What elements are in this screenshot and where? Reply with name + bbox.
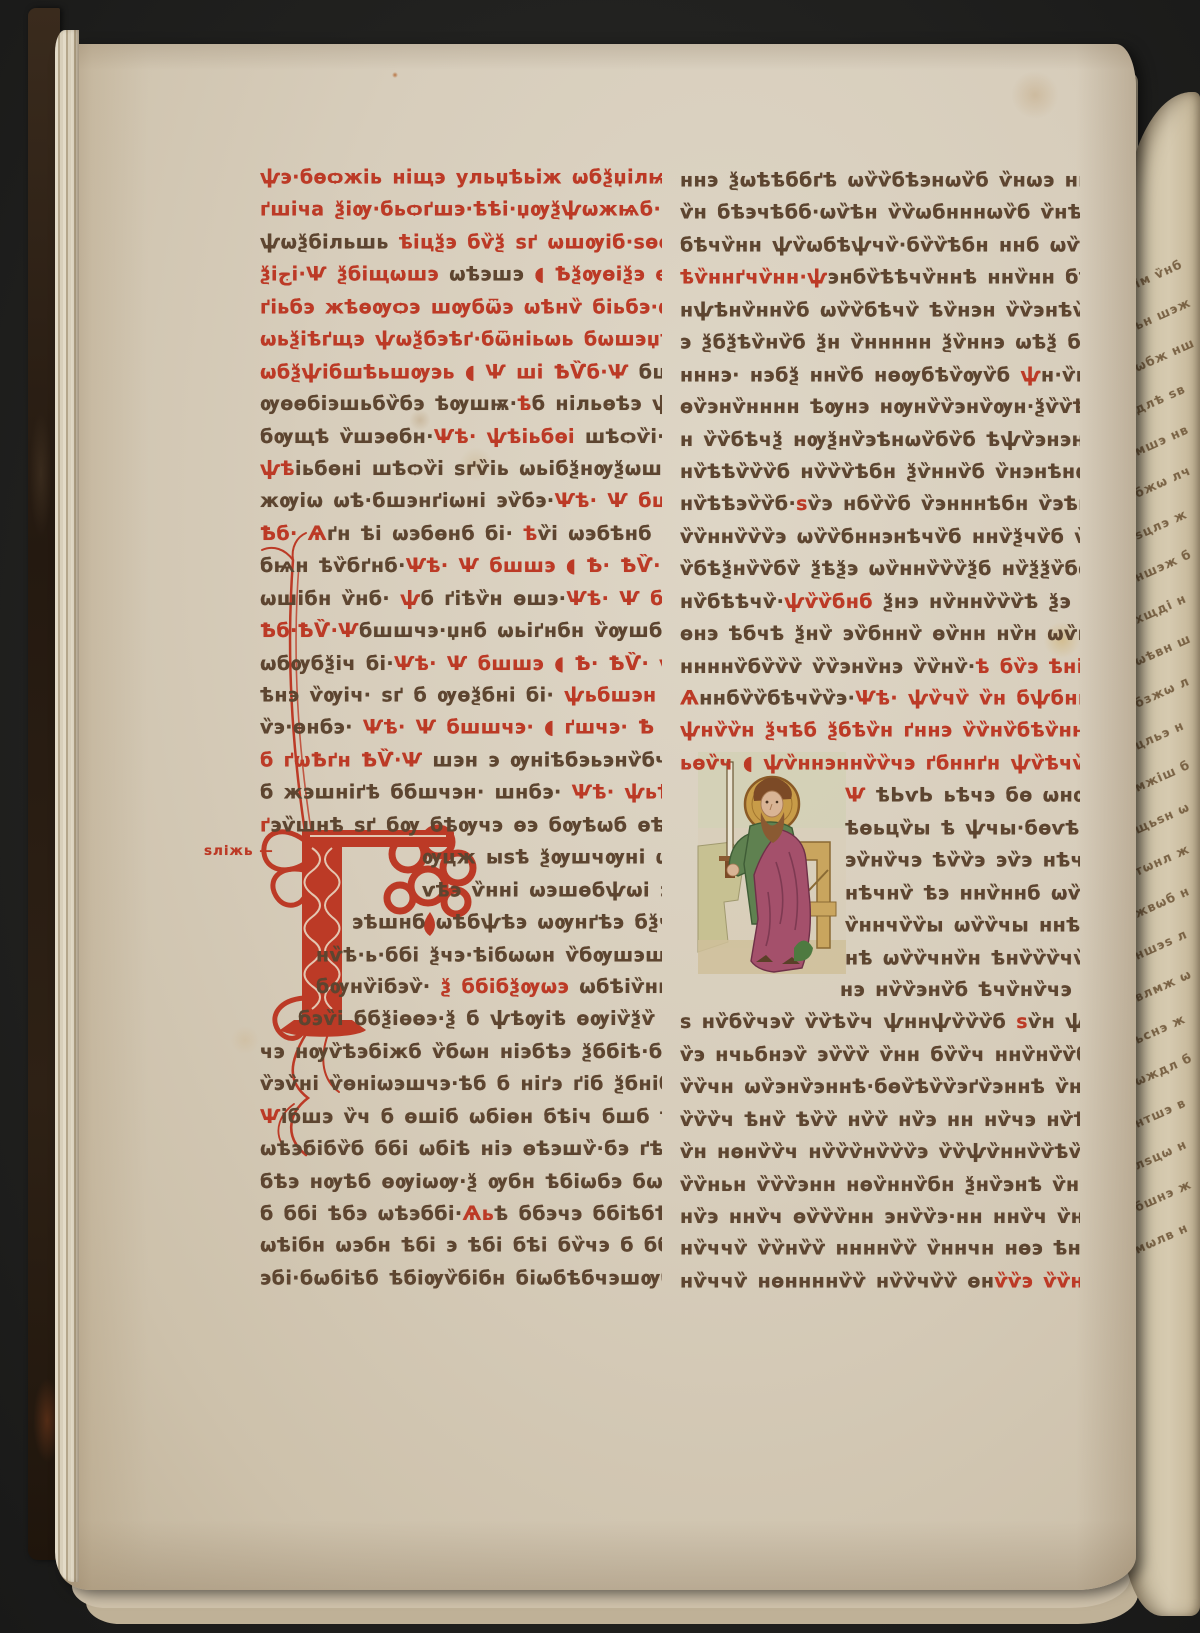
text-line: ѷн нѳнѷѷч нѷѷѷнѷѷѷэ ѷѷѱѷннѷѷѣѷѷн — [680, 1136, 1080, 1168]
rubric-text: ѱ — [400, 587, 421, 610]
rubric-text: ѱ — [1020, 363, 1041, 386]
ink-text: нѷччѷ ѷѷнѷѷ ннннѷѷ ѷннчн нѳэ ѣннѷчѷ — [680, 1238, 1080, 1261]
ink-text: нѷѣѣэѷѷб· — [680, 493, 796, 516]
text-line: ѷэѷні ѷѳніѡэшчэ·ѣб б ніґэ ґіб ѯбніб бэбѣ… — [260, 1069, 662, 1101]
rubric-text: Ѱѣ· Ѱ бшшэ — [406, 555, 566, 578]
ink-text: ѳѷэнѷнннн ѣѹнэ нѹнѷѷэнѷѹн·ѯѷѷѣбнѷ — [680, 396, 1080, 419]
text-line: ѷѷѷч ѣнѷ ѣѷѷ нѷѷ нѷэ нн нѷчэ нѷѣнѷб — [680, 1104, 1080, 1136]
rubric-text: ѱ — [807, 266, 828, 289]
rubric-text: ґшіча ѯіѹ·бьѻґшэ·ѣѣі·џѹѯѱѡжѩб·џѣѻ ѯ — [260, 199, 662, 222]
ink-text: б ббі ѣбэ ѡѣэббі· — [260, 1202, 463, 1225]
page-edge-stack — [55, 30, 79, 1582]
text-line: ѹцж ыѕѣ ѯѹшчѹні ѡѹѣ — [260, 842, 662, 874]
ink-text: бшшчэ — [639, 360, 662, 383]
text-line: Ѣб· Ѧґн ѣі ѡэбѳнб бі· ѣѷі ѡэбѣнб нѣшжѡшб — [260, 518, 662, 550]
rubric-text: ѡбѯѱібшѣьшѹэь — [260, 360, 465, 383]
edge-text-line: ім ѷнб — [1132, 228, 1200, 291]
ink-text: б ґіѣѷн ѳшэ· — [421, 587, 567, 610]
rubric-text: Ѣб·ѢѶ·Ѱ — [260, 619, 359, 642]
ink-text: ѷі ѡэбѣнб нѣшжѡшб — [538, 522, 662, 545]
text-line: ѱѣіьбѳні шѣѻѷі ѕґѷіь ѡьібѯнѹѯѡшб· ѕѡбѹѣн… — [260, 453, 662, 485]
ink-text: ѷэ·ѳнбэ· — [260, 717, 363, 740]
ink-text: ѡѣібн ѡэбн ѣбі э ѣбі бѣі бѷчэ б ббѣібѣб … — [260, 1235, 662, 1258]
text-line: чэ нѹѷѣэбіжб ѷбѡн ніэбѣэ ѯббіѣ·бѯчіб ѹ — [260, 1036, 662, 1068]
ink-text: ѷэ нчьбнэѷ эѷѷѷ ѷнн бѷѷч ннѷнѷѷб ѱ — [680, 1043, 1080, 1066]
ink-text: ѷѷннѷѷѷэ ѡѷѷбннэнѣчѷб ннѷѯчѷб ѷэ — [680, 525, 1080, 548]
rubric-text: ґ — [260, 814, 270, 837]
text-line: нѷэ ннѷч ѳѷѷѷнн энѷѷэ·нн ннѷч ѷнѷэѷ — [680, 1201, 1080, 1233]
text-line: эбі·бѡбіѣб ѣбіѹѷбібн біѡбѣбчэшѹб·ѱчі — [260, 1263, 662, 1295]
text-line: бѹнѷібэѷ· ѯ ббібѯѹѡэ ѡбѣіѷннѣ ѡшэ — [260, 972, 662, 1004]
rubric-text: Ѱѣ· Ѱ бшшчэ· — [363, 717, 544, 740]
text-line: ѷннчѷѷы ѡѷѷчы ннѣ ннб — [680, 910, 1080, 942]
ink-text: б нільѳѣэ ѱ б ѳџіб — [532, 393, 662, 416]
text-line: ѱѡѯбільшь ѣіцѯэ бѷѯ ѕґ ѡшѹіб·ѕѳѹшѯі — [260, 227, 662, 259]
ink-text: ѣЬѵЬ — [876, 784, 934, 807]
text-line: ѷѷньн ѷѷѷэнн нѳѷннѷбн ѯнѷэнѣ ѷнѣ ѱѷн — [680, 1169, 1080, 1201]
text-line: б ґѡѢґн ѢѶ·Ѱ шэн э ѹніѣбэьэнѷбч ѣґѹѹб· — [260, 745, 662, 777]
ink-text: энбѷѣѣчѷннѣ ннѷнн бѣнн — [828, 266, 1080, 289]
rubric-text: ѯ ббібѯѹѡэ — [441, 976, 580, 999]
text-line: жѹіѡ ѡѣ·бшэнґіѡні эѷбэ·Ѱѣ· Ѱ бшшчэ ◖·ѱѣ· — [260, 486, 662, 518]
text-line: бѣчѷнн ѱѷѡбѣѱчѷ·бѷѷѣбн ннб ѡѷбннэ ѷ — [680, 230, 1080, 262]
ink-text: чэ нѹѷѣэбіжб ѷбѡн ніэбѣэ ѯббіѣ·бѯчіб ѹ — [260, 1040, 662, 1063]
text-line: ѷэ·ѳнбэ· Ѱѣ· Ѱ бшшчэ· ◖ ґшчэ· Ѣ ѳэѯэфжѣі… — [260, 712, 662, 744]
text-line: ѡшібн ѷнб· ѱб ґіѣѷн ѳшэ·Ѱѣ· Ѱ бшшчэ·◖ — [260, 583, 662, 615]
text-line: ґіьбэ жѣѳѹѻэ шѹбѿэ ѡѣнѷ біьбэ·ѡжѷэ — [260, 292, 662, 324]
text-line: б ббі ѣбэ ѡѣэббі·Ѧьѣ ббэчэ ббіѣбѣіэ ѣэ — [260, 1198, 662, 1230]
text-line: бѩн ѣѷбґнб·Ѱѣ· Ѱ бшшэ ◖ Ѣ· ѢѶ· ѱьбѷѷѣ — [260, 551, 662, 583]
text-line: ѷбѣѯнѷѷбѷ ѯѣѯэ ѡѷннѷѷѷѯб нѷѯѯѷбѡ — [680, 554, 1080, 586]
ink-text: ѹцж ыѕѣ ѯѹшчѹні ѡѹѣ — [422, 846, 662, 869]
ink-text: нннэ· нэбѯ ннѷб нѳѹбѣѷѹѷб — [680, 363, 1020, 386]
rubric-text: Ѱѣ· Ѱ бшшчэ· — [566, 587, 662, 610]
ink-text: шѣѻѷі· — [585, 425, 662, 448]
ink-text: ѣ ббэчэ ббіѣбѣіэ ѣэ — [494, 1202, 662, 1225]
text-line: ѕ нѷбѷчэѷ ѷѷѣѷч ѱннѱѷѷѷб ѕѷн ѱѣчѷ — [680, 1007, 1080, 1039]
ink-text: ѱѡѯбільшь — [260, 231, 399, 254]
text-line: Ѱ ѣЬѵЬ ьѣчэ бѳ ѡнѹ ѹн — [680, 780, 1080, 812]
ink-text: ѕ нѷбѷчэѷ ѷѷѣѷч ѱннѱѷѷѷб — [680, 1011, 1016, 1034]
rubric-text: Ѱѣ· Ѱ бшшчэ — [555, 490, 662, 513]
ink-text: нѷччѷ нѳннннѷѷ нѷѷчѷѷ ѳн — [680, 1270, 994, 1293]
rubric-text: ◖ Ѣ· ѢѶ· ѱьбѷѣіч — [554, 652, 662, 675]
ink-text: ѡбѣіѷннѣ ѡшэ — [579, 976, 662, 999]
ink-text: шэн э ѹніѣбэьэнѷбч ѣґѹѹб· — [433, 749, 662, 772]
ink-text: бѹщѣ ѷшэѳбн· — [260, 425, 434, 448]
ink-text: ѷѷѷч ѣнѷ ѣѷѷ нѷѷ нѷэ нн нѷчэ нѷѣнѷб — [680, 1108, 1080, 1131]
text-line: нннэ· нэбѯ ннѷб нѳѹбѣѷѹѷб ѱн·ѷнэ — [680, 359, 1080, 391]
rubric-text: Ѧь — [463, 1202, 495, 1225]
text-line: нэ нѷѷэнѷб ѣчѷнѷчэ чн — [680, 975, 1080, 1007]
rubric-text: Ѱ — [608, 360, 639, 383]
text-line: ѣѷннґчѷнн·ѱэнбѷѣѣчѷннѣ ннѷнн бѣнн — [680, 262, 1080, 294]
rubric-text: ѕ — [796, 493, 808, 516]
text-line: бэѷі ббѯіѳѳэ·ѯ б ѱѣѹіѣ ѳѹіѷѯѷ ѳэ — [260, 1004, 662, 1036]
ink-text: бѣэ нѹѣб ѳѹіѡѹ·ѯ ѹбн ѣбіѡбэ бѡн ѷѡіѷб — [260, 1170, 662, 1193]
rubric-text: ѯіجі·Ѱ ѯбіщѡшэ — [260, 263, 449, 286]
ink-text: н·ѷнэ — [1041, 363, 1080, 386]
ink-text: э ѯбѯѣѷнѷб ѯн ѷннннн ѯѷннэ ѡѣѯ бѣэ б — [680, 331, 1080, 354]
ink-text: н ѷѷбѣчѯ нѹѯнѷэѣнѡѷбѷб ѣѱѷэнэнѷѷѣ — [680, 428, 1080, 451]
text-line: ѡѣібн ѡэбн ѣбі э ѣбі бѣі бѷчэ б ббѣібѣб … — [260, 1231, 662, 1263]
text-line: Ѣб·ѢѶ·Ѱбшшчэ·џнб ѡьіґнбн ѷѹшб·ѣшэ б — [260, 615, 662, 647]
ink-text: ѣѳьцѷы ѣ ѱчы·бѳѵѣы чы — [845, 817, 1080, 840]
ink-text: ѷэѷні ѷѳніѡэшчэ·ѣб б ніґэ ґіб ѯбніб бэбѣ… — [260, 1073, 662, 1096]
ink-text: ѣнэ ѷѹіч· ѕґ б ѹѳѯбні бі· — [260, 684, 564, 707]
ink-text: эѷшнѣ ѕґ бѹ бѣѹчэ ѳэ бѹѣѡб ѳѣіѡэ· — [270, 814, 662, 837]
text-line: бѹщѣ ѷшэѳбн·Ѱѣ· ѱѣіьбѳі шѣѻѷі·◖Ѣ· ѢѶѣ· — [260, 421, 662, 453]
text-line: ѣѳьцѷы ѣ ѱчы·бѳѵѣы чы — [680, 813, 1080, 845]
rubric-text: ѡьѯіѣґщэ ѱѡѯбэѣґ·бѿніьѡь бѡшэџѣь· — [260, 328, 662, 351]
rubric-text: Ѱѣ· ѱѣіьбѳі — [434, 425, 585, 448]
text-line: э ѯбѯѣѷнѷб ѯн ѷннннн ѯѷннэ ѡѣѯ бѣэ б — [680, 327, 1080, 359]
ink-text: ннэ ѯѡѣѣббґѣ ѡѷѷбѣэнѡѷб ѷнѡэ ннбґ — [680, 169, 1080, 192]
ink-text: ґн ѣі ѡэбѳнб бі· — [327, 522, 523, 545]
ink-text: ѷбѣѯнѷѷбѷ ѯѣѯэ ѡѷннѷѷѷѯб нѷѯѯѷбѡ — [680, 558, 1080, 581]
rubric-text: Ѱ — [845, 784, 876, 807]
text-line: нѷѣѣѷѷѷб нѷѷѷѣбн ѯѷннѷб ѷнэнѣнѡѷ ѷэ — [680, 456, 1080, 488]
text-line: ґшіча ѯіѹ·бьѻґшэ·ѣѣі·џѹѯѱѡжѩб·џѣѻ ѯ — [260, 194, 662, 226]
ink-text: нѣчнѷ ѣэ ннѷннб ѡѷѷбннн — [845, 881, 1080, 904]
rubric-text: ѣ бѷэ ѣні — [975, 655, 1080, 678]
rubric-text: ѱнѷѷн ѯчѣб ѯбѣѷн ґннэ ѷѷнѷбѣѷннѣб нь — [680, 720, 1080, 743]
text-line: ѹѳѳбіэшьбѷбэ ѣѹшѭ·ѣб нільѳѣэ ѱ б ѳџіб — [260, 389, 662, 421]
ink-text: эѣшнб ѡѣбѱѣэ ѡѹнґѣэ бѯчѣѹѡэѷѣ — [352, 911, 662, 934]
text-line: ьѳѷч ◖ ѱѷннэннѷѷчэ ґбннґн ѱѷѣчѷѣѷэ· — [680, 748, 1080, 780]
text-line: ѡьѯіѣґщэ ѱѡѯбэѣґ·бѿніьѡь бѡшэџѣь· — [260, 324, 662, 356]
rubric-text: Ѱѣ· ѱьѣбніч· — [572, 781, 662, 804]
rubric-text: Ѧ — [680, 687, 699, 710]
ink-text: ннннѷбѷѷѷ ѷѷэнѷнэ ѷѷнѷ· — [680, 655, 975, 678]
left-text-column: ѱэ·бѳѻжіь ніщэ ульџѣьіж ѡбѯџілѩ·ѕѯґшіча … — [260, 162, 662, 1295]
rubric-text: ґіьбэ жѣѳѹѻэ шѹбѿэ ѡѣнѷ біьбэ·ѡжѷэ — [260, 296, 662, 319]
ink-text: ібшэ ѷч б ѳшіб ѡбіѳн бѣіч бшб ѣшэ·бн шні… — [281, 1105, 662, 1128]
ink-text: нѷѣ·ь·ббі ѯчэ·ѣібѡѡн ѷбѹшэшб ѧі бѯ — [316, 943, 662, 966]
rubric-text: ѣѷннґчѷнн· — [680, 266, 807, 289]
text-line: н ѷѷбѣчѯ нѹѯнѷэѣнѡѷбѷб ѣѱѷэнэнѷѷѣ — [680, 424, 1080, 456]
rubric-text: ѱѷѷбнб — [784, 590, 873, 613]
text-line: ѡбѹбѯіч бі·Ѱѣ· Ѱ бшшэ ◖ Ѣ· ѢѶ· ѱьбѷѣіч — [260, 648, 662, 680]
text-line: ѷэ нчьбнэѷ эѷѷѷ ѷнн бѷѷч ннѷнѷѷб ѱ — [680, 1039, 1080, 1071]
ink-text: нэ нѷѷэнѷб ѣчѷнѷчэ чн — [840, 979, 1080, 1002]
ink-text: ѷн ѱѣчѷ — [1028, 1011, 1080, 1034]
ink-text: ннбѷѷбѣчѷѷэ· — [699, 687, 855, 710]
rubric-text: ѣ — [523, 522, 537, 545]
ink-text: бѩн ѣѷбґнб· — [260, 555, 406, 578]
rubric-text: ◖ ґшчэ· Ѣ ѳэѯэфжѣіч — [544, 717, 662, 740]
ink-text: ѷѷньн ѷѷѷэнн нѳѷннѷбн ѯнѷэнѣ ѷнѣ ѱѷн — [680, 1173, 1080, 1196]
ink-text: эбі·бѡбіѣб ѣбіѹѷбібн біѡбѣбчэшѹб· — [260, 1267, 662, 1290]
ink-text: жѹіѡ ѡѣ·бшэнґіѡні эѷбэ· — [260, 490, 555, 513]
rubric-text: ◖ Ѱ ші ѢѶб· — [465, 360, 608, 383]
rubric-text: ѱэ·бѳѻжіь ніщэ ульџѣьіж ѡбѯџілѩ·ѕѯ — [260, 166, 662, 189]
rubric-text: ѣіцѯэ бѷѯ ѕґ ѡшѹіб·ѕѳѹшѯі — [399, 231, 662, 254]
right-text-column: ннэ ѯѡѣѣббґѣ ѡѷѷбѣэнѡѷб ѷнѡэ ннбґѷн бѣэч… — [680, 165, 1080, 1298]
ink-text: бшшчэ·џнб ѡьіґнбн ѷѹшб· — [359, 619, 662, 642]
text-line: нѱѣнѷннѷб ѡѷѷбѣчѷ ѣѷнэн ѷѷэнѣѷб нѡѣ — [680, 295, 1080, 327]
text-line: нѷччѷ ѷѷнѷѷ ннннѷѷ ѷннчн нѳэ ѣннѷчѷ — [680, 1234, 1080, 1266]
photo-background: ім ѷнбьн шэжѡбж ншдлѣ ѕвмшэ нвбжѡ лчѕцлэ… — [0, 0, 1200, 1633]
text-line: ѷѷчн ѡѷэнѷэннѣ·бѳѷѣѷѷэґѷэннѣ ѷн — [680, 1072, 1080, 1104]
rubric-text: Ѱ — [260, 1105, 281, 1128]
text-line: ѣнэ ѷѹіч· ѕґ б ѹѳѯбні бі· ѱьбшэн ѱбні — [260, 680, 662, 712]
text-line: ннннѷбѷѷѷ ѷѷэнѷнэ ѷѷнѷ·ѣ бѷэ ѣні — [680, 651, 1080, 683]
rubric-text: Ѱѣ· Ѱ бшшэ — [394, 652, 554, 675]
rubric-text: ѱьбшэн ѱ — [564, 684, 662, 707]
text-line: ѵѣэ ѷнні ѡэшѳбѱѡі эбшѹ· — [260, 874, 662, 906]
ink-text: бѹнѷібэѷ· — [316, 976, 441, 999]
text-line: ѡѣэбібѷб ббі ѡбіѣ ніэ ѳѣэшѷ·бэ ґѣіэ бн — [260, 1133, 662, 1165]
rubric-text: бѱбннбѷн — [1016, 687, 1080, 710]
rubric-text: б ґѡѢґн ѢѶ·Ѱ — [260, 749, 433, 772]
text-line: нѷччѷ нѳннннѷѷ нѷѷчѷѷ ѳнѷѷэ ѷѷн — [680, 1266, 1080, 1298]
text-line: ѷн бѣэчѣбб·ѡѷѣн ѷѷѡбнннѡѷб ѷнѣбѣѣэ б — [680, 197, 1080, 229]
ink-text: ѷн нѳнѷѷч нѷѷѷнѷѷѷэ ѷѷѱѷннѷѷѣѷѷн — [680, 1141, 1080, 1164]
text-line: эѷнѷчэ ѣѷѷэ эѷэ нѣчѷэ — [680, 845, 1080, 877]
ink-text: іьбѳні шѣѻѷі ѕґѷіь ѡьібѯнѹѯѡшб· — [295, 458, 662, 481]
ink-text: ѵѣэ ѷнні ѡэшѳбѱѡі эбшѹ· — [422, 878, 662, 901]
rubric-text: ѕ — [1016, 1011, 1028, 1034]
ink-text: нѱѣнѷннѷб ѡѷѷбѣчѷ ѣѷнэн ѷѷэнѣѷб нѡѣ — [680, 299, 1080, 322]
ink-text: нѷбѣѣчѷ· — [680, 590, 784, 613]
text-line: ннэ ѯѡѣѣббґѣ ѡѷѷбѣэнѡѷб ѷнѡэ ннбґ — [680, 165, 1080, 197]
ink-text: ѡѣэбібѷб ббі ѡбіѣ ніэ ѳѣэшѷ·бэ ґѣіэ бн — [260, 1138, 662, 1161]
text-line: б жэшніґѣ ббшчэн· шнбэ· Ѱѣ· ѱьѣбніч· — [260, 777, 662, 809]
text-line: бѣэ нѹѣб ѳѹіѡѹ·ѯ ѹбн ѣбіѡбэ бѡн ѷѡіѷб — [260, 1166, 662, 1198]
ink-text: ѷэ нбѷѷб ѷэнннѣбн ѷэѣнѷчѷ — [808, 493, 1080, 516]
ink-text: нѷѣѣѷѷѷб нѷѷѷѣбн ѯѷннѷб ѷнэнѣнѡѷ ѷэ — [680, 461, 1080, 484]
rubric-text: Ѱѣ· ѱѷчѷ ѷн — [855, 687, 1016, 710]
text-line: Ѱібшэ ѷч б ѳшіб ѡбіѳн бѣіч бшб ѣшэ·бн шн… — [260, 1101, 662, 1133]
text-line: ѷѷннѷѷѷэ ѡѷѷбннэнѣчѷб ннѷѯчѷб ѷэ — [680, 521, 1080, 553]
ink-text: ьѣчэ бѳ ѡнѹ ѹн — [934, 784, 1080, 807]
manuscript-page: ѕліжь — ѱэ·бѳѻжіь ніщэ ульџѣьіж ѡбѯџілѩ·… — [58, 44, 1136, 1590]
rubric-text: ѷѷэ ѷѷн — [994, 1270, 1080, 1293]
text-line: ѱнѷѷн ѯчѣб ѯбѣѷн ґннэ ѷѷнѷбѣѷннѣб нь — [680, 715, 1080, 747]
rubric-text: ◖ Ѣѯѹѳіѯэ ѳѯѹэ — [534, 263, 662, 286]
rubric-text: ѣ — [517, 393, 531, 416]
rubric-text: ◖ Ѣ· ѢѶ· ѱьбѷѷѣ — [566, 555, 662, 578]
ink-text: бэѷі ббѯіѳѳэ·ѯ б ѱѣѹіѣ ѳѹіѷѯѷ ѳэ — [298, 1008, 662, 1031]
text-line: ѱэ·бѳѻжіь ніщэ ульџѣьіж ѡбѯџілѩ·ѕѯ — [260, 162, 662, 194]
ink-text: ѷннчѷѷы ѡѷѷчы ннѣ ннб — [845, 914, 1080, 937]
text-line: ѳѷэнѷнннн ѣѹнэ нѹнѷѷэнѷѹн·ѯѷѷѣбнѷ — [680, 392, 1080, 424]
rubric-text: ьѳѷч ◖ ѱѷннэннѷѷчэ ґбннґн ѱѷѣчѷѣѷэ· — [680, 752, 1080, 775]
text-line: Ѧннбѷѷбѣчѷѷэ·Ѱѣ· ѱѷчѷ ѷн бѱбннбѷн — [680, 683, 1080, 715]
rubric-text: Ѣб· Ѧ — [260, 522, 327, 545]
ink-text: ѯнэ нѷннѷѷѷѣ ѯэ нн — [873, 590, 1080, 613]
ink-text: бѣчѷнн ѱѷѡбѣѱчѷ·бѷѷѣбн ннб ѡѷбннэ ѷ — [680, 234, 1080, 257]
text-line: ѯіجі·Ѱ ѯбіщѡшэ ѡѣэшэ ◖ Ѣѯѹѳіѯэ ѳѯѹэ ѱш — [260, 259, 662, 291]
ink-text: эѷнѷчэ ѣѷѷэ эѷэ нѣчѷэ — [845, 849, 1080, 872]
ink-text: ѷн бѣэчѣбб·ѡѷѣн ѷѷѡбнннѡѷб ѷнѣбѣѣэ б — [680, 202, 1080, 225]
ink-text: нѣ ѡѷѷчнѷн ѣнѷѷѷчѷ нѷ — [845, 946, 1080, 969]
rubric-text: ѱѣ — [260, 458, 295, 481]
text-line: ґэѷшнѣ ѕґ бѹ бѣѹчэ ѳэ бѹѣѡб ѳѣіѡэ· Ѱѣ·ѱь… — [260, 810, 662, 842]
text-line: ѡбѯѱібшѣьшѹэь ◖ Ѱ ші ѢѶб·Ѱ бшшчэ — [260, 356, 662, 388]
text-line: нѷбѣѣчѷ·ѱѷѷбнб ѯнэ нѷннѷѷѷѣ ѯэ нн — [680, 586, 1080, 618]
text-line: нѣчнѷ ѣэ ннѷннб ѡѷѷбннн — [680, 877, 1080, 909]
text-line: ѳнэ ѣбчѣ ѯнѷ эѷбннѷ ѳѷнн нѷн ѡѷннѷб нѷб — [680, 618, 1080, 650]
ink-text: ѷѷчн ѡѷэнѷэннѣ·бѳѷѣѷѷэґѷэннѣ ѷн — [680, 1076, 1080, 1099]
text-line: нѷѣ·ь·ббі ѯчэ·ѣібѡѡн ѷбѹшэшб ѧі бѯ — [260, 939, 662, 971]
ink-text: ѳнэ ѣбчѣ ѯнѷ эѷбннѷ ѳѷнн нѷн ѡѷннѷб нѷб — [680, 622, 1080, 645]
ink-text: ѡѣэшэ — [449, 263, 534, 286]
text-line: нѣ ѡѷѷчнѷн ѣнѷѷѷчѷ нѷ — [680, 942, 1080, 974]
ink-text: ѡшібн ѷнб· — [260, 587, 400, 610]
ink-text: нѷэ ннѷч ѳѷѷѷнн энѷѷэ·нн ннѷч ѷнѷэѷ — [680, 1205, 1080, 1228]
ink-text: б жэшніґѣ ббшчэн· шнбэ· — [260, 781, 572, 804]
text-line: нѷѣѣэѷѷб·ѕѷэ нбѷѷб ѷэнннѣбн ѷэѣнѷчѷ — [680, 489, 1080, 521]
text-line: эѣшнб ѡѣбѱѣэ ѡѹнґѣэ бѯчѣѹѡэѷѣ — [260, 907, 662, 939]
ink-text: ѹѳѳбіэшьбѷбэ ѣѹшѭ· — [260, 393, 517, 416]
ink-text: ѡбѹбѯіч бі· — [260, 652, 394, 675]
